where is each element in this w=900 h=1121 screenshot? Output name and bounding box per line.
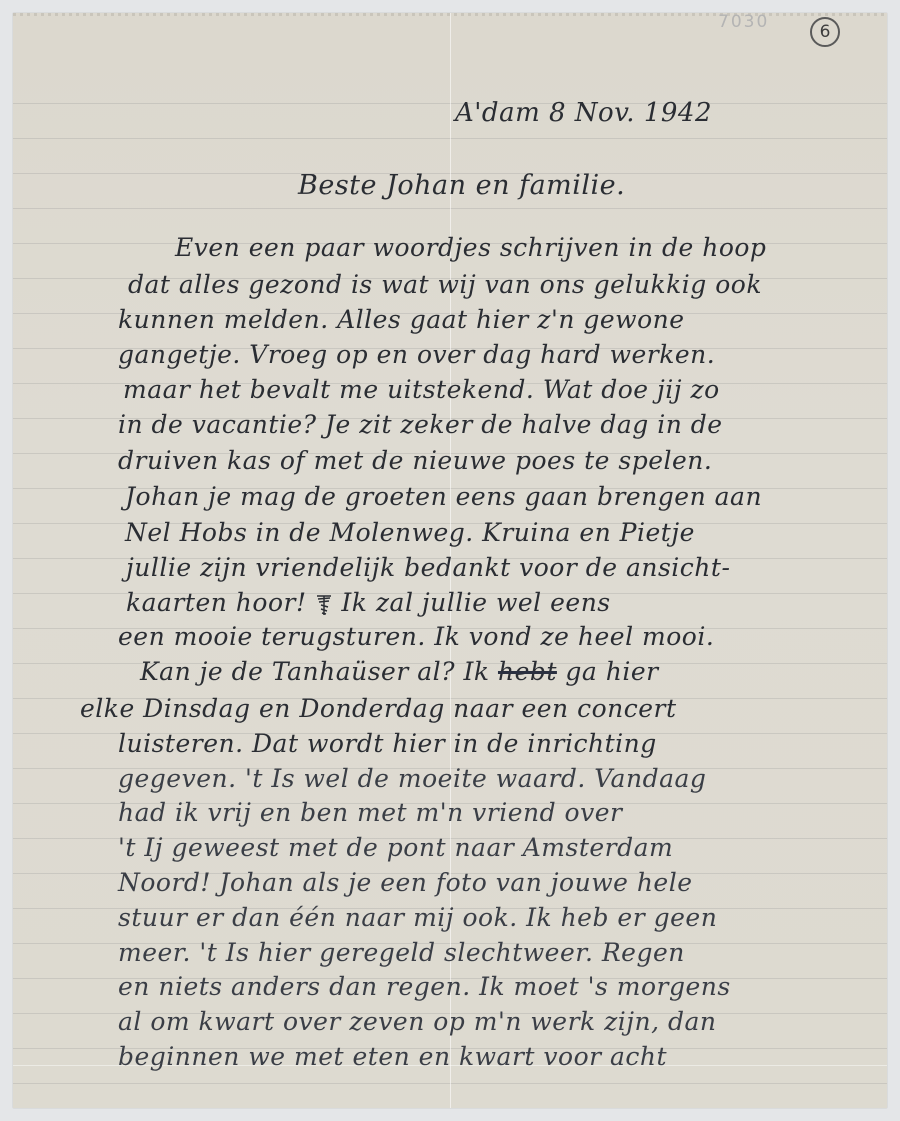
letter-line: Kan je de Tanhaüser al? Ik hebt ga hier: [140, 657, 659, 686]
letter-line: stuur er dan één naar mij ook. Ik heb er…: [118, 903, 717, 932]
letter-line: kaarten hoor! Ik zal jullie wel eens: [126, 588, 611, 617]
letter-line: een mooie terugsturen. Ik vond ze heel m…: [118, 622, 714, 651]
letter-line: beginnen we met eten en kwart voor acht: [118, 1042, 667, 1071]
line-text: kaarten hoor!: [126, 588, 315, 617]
line-text: Ik zal jullie wel eens: [341, 588, 610, 617]
letter-line: gegeven. 't Is wel de moeite waard. Vand…: [118, 764, 706, 793]
line-text: Kan je de Tanhaüser al? Ik: [140, 657, 498, 686]
salutation: Beste Johan en familie.: [298, 170, 625, 201]
letter-line: kunnen melden. Alles gaat hier z'n gewon…: [118, 305, 685, 334]
scribble-mark-icon: [315, 593, 333, 617]
letter-line: Noord! Johan als je een foto van jouwe h…: [118, 868, 693, 897]
letter-line: Johan je mag de groeten eens gaan brenge…: [125, 482, 762, 511]
letter-line: had ik vrij en ben met m'n vriend over: [118, 798, 622, 827]
page-number-circled: 6: [810, 17, 840, 47]
letter-line: 't Ij geweest met de pont naar Amsterdam: [118, 833, 673, 862]
letter-line: luisteren. Dat wordt hier in de inrichti…: [118, 729, 657, 758]
letter-line: al om kwart over zeven op m'n werk zijn,…: [118, 1007, 717, 1036]
letter-line: en niets anders dan regen. Ik moet 's mo…: [118, 972, 731, 1001]
letter-line: maar het bevalt me uitstekend. Wat doe j…: [123, 375, 720, 404]
letter-line: Nel Hobs in de Molenweg. Kruina en Pietj…: [125, 518, 695, 547]
letter-line: druiven kas of met de nieuwe poes te spe…: [118, 446, 712, 475]
letter-line: dat alles gezond is wat wij van ons gelu…: [128, 270, 762, 299]
letter-line: meer. 't Is hier geregeld slechtweer. Re…: [118, 938, 685, 967]
letter-line: Even een paar woordjes schrijven in de h…: [175, 233, 766, 262]
line-text: ga hier: [557, 657, 659, 686]
archive-number: 7030: [718, 12, 769, 32]
letter-line: elke Dinsdag en Donderdag naar een conce…: [80, 694, 677, 723]
place-date: A'dam 8 Nov. 1942: [455, 98, 712, 128]
letter-line: jullie zijn vriendelijk bedankt voor de …: [126, 553, 730, 582]
letter-line: gangetje. Vroeg op en over dag hard werk…: [118, 340, 715, 369]
letter-line: in de vacantie? Je zit zeker de halve da…: [118, 410, 723, 439]
struck-out-word: hebt: [498, 657, 557, 686]
